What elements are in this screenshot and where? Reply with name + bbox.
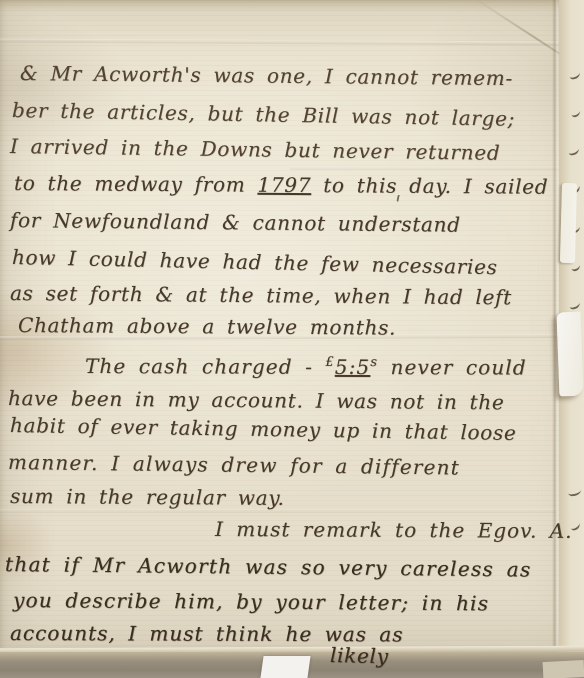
scanned-letter-page: & Mr Acworth's was one, I cannot remem- …: [0, 0, 584, 678]
shilling-mark: s: [370, 355, 378, 370]
handwriting-line-12: manner. I always drew for a different: [8, 449, 460, 481]
underlined-year: 1797: [257, 173, 311, 197]
underlined-sum: 5:5: [335, 355, 371, 379]
handwriting-line-5: for Newfoundland & cannot understand: [10, 207, 461, 238]
handwriting-line-4: to the medway from 1797 to this day. I s…: [14, 170, 548, 200]
line9-post: never could: [378, 355, 527, 380]
handwriting-line-15: that if Mr Acworth was so very careless …: [5, 551, 532, 583]
handwriting-line-16: you describe him, by your letter; in his: [13, 587, 489, 616]
handwriting-line-8: Chatham above a twelve months.: [18, 312, 396, 341]
pound-sign: £: [325, 355, 334, 370]
handwriting-line-13: sum in the regular way.: [10, 483, 285, 511]
handwriting-line-14: I must remark to the Egov. A.: [215, 516, 573, 544]
handwriting-line-1: & Mr Acworth's was one, I cannot remem-: [20, 60, 513, 91]
handwriting-line-18: likely: [330, 642, 389, 669]
line4-pre: to the medway from: [14, 171, 258, 197]
folded-paper-corner: [557, 312, 584, 397]
white-gap-patch: [260, 656, 310, 678]
handwriting-line-10: have been in my account. I was not in th…: [8, 385, 505, 415]
paper-sliver: [560, 183, 577, 263]
line9-pre: The cash charged -: [85, 354, 326, 379]
horizontal-fold-crease: [290, 166, 560, 170]
handwriting-line-9: The cash charged - £5:5s never could: [85, 349, 527, 381]
handwriting-line-7: as set forth & at the time, when I had l…: [10, 280, 512, 310]
lifted-corner-shadow: [543, 660, 584, 678]
line4-post: to this day. I sailed: [311, 173, 548, 199]
